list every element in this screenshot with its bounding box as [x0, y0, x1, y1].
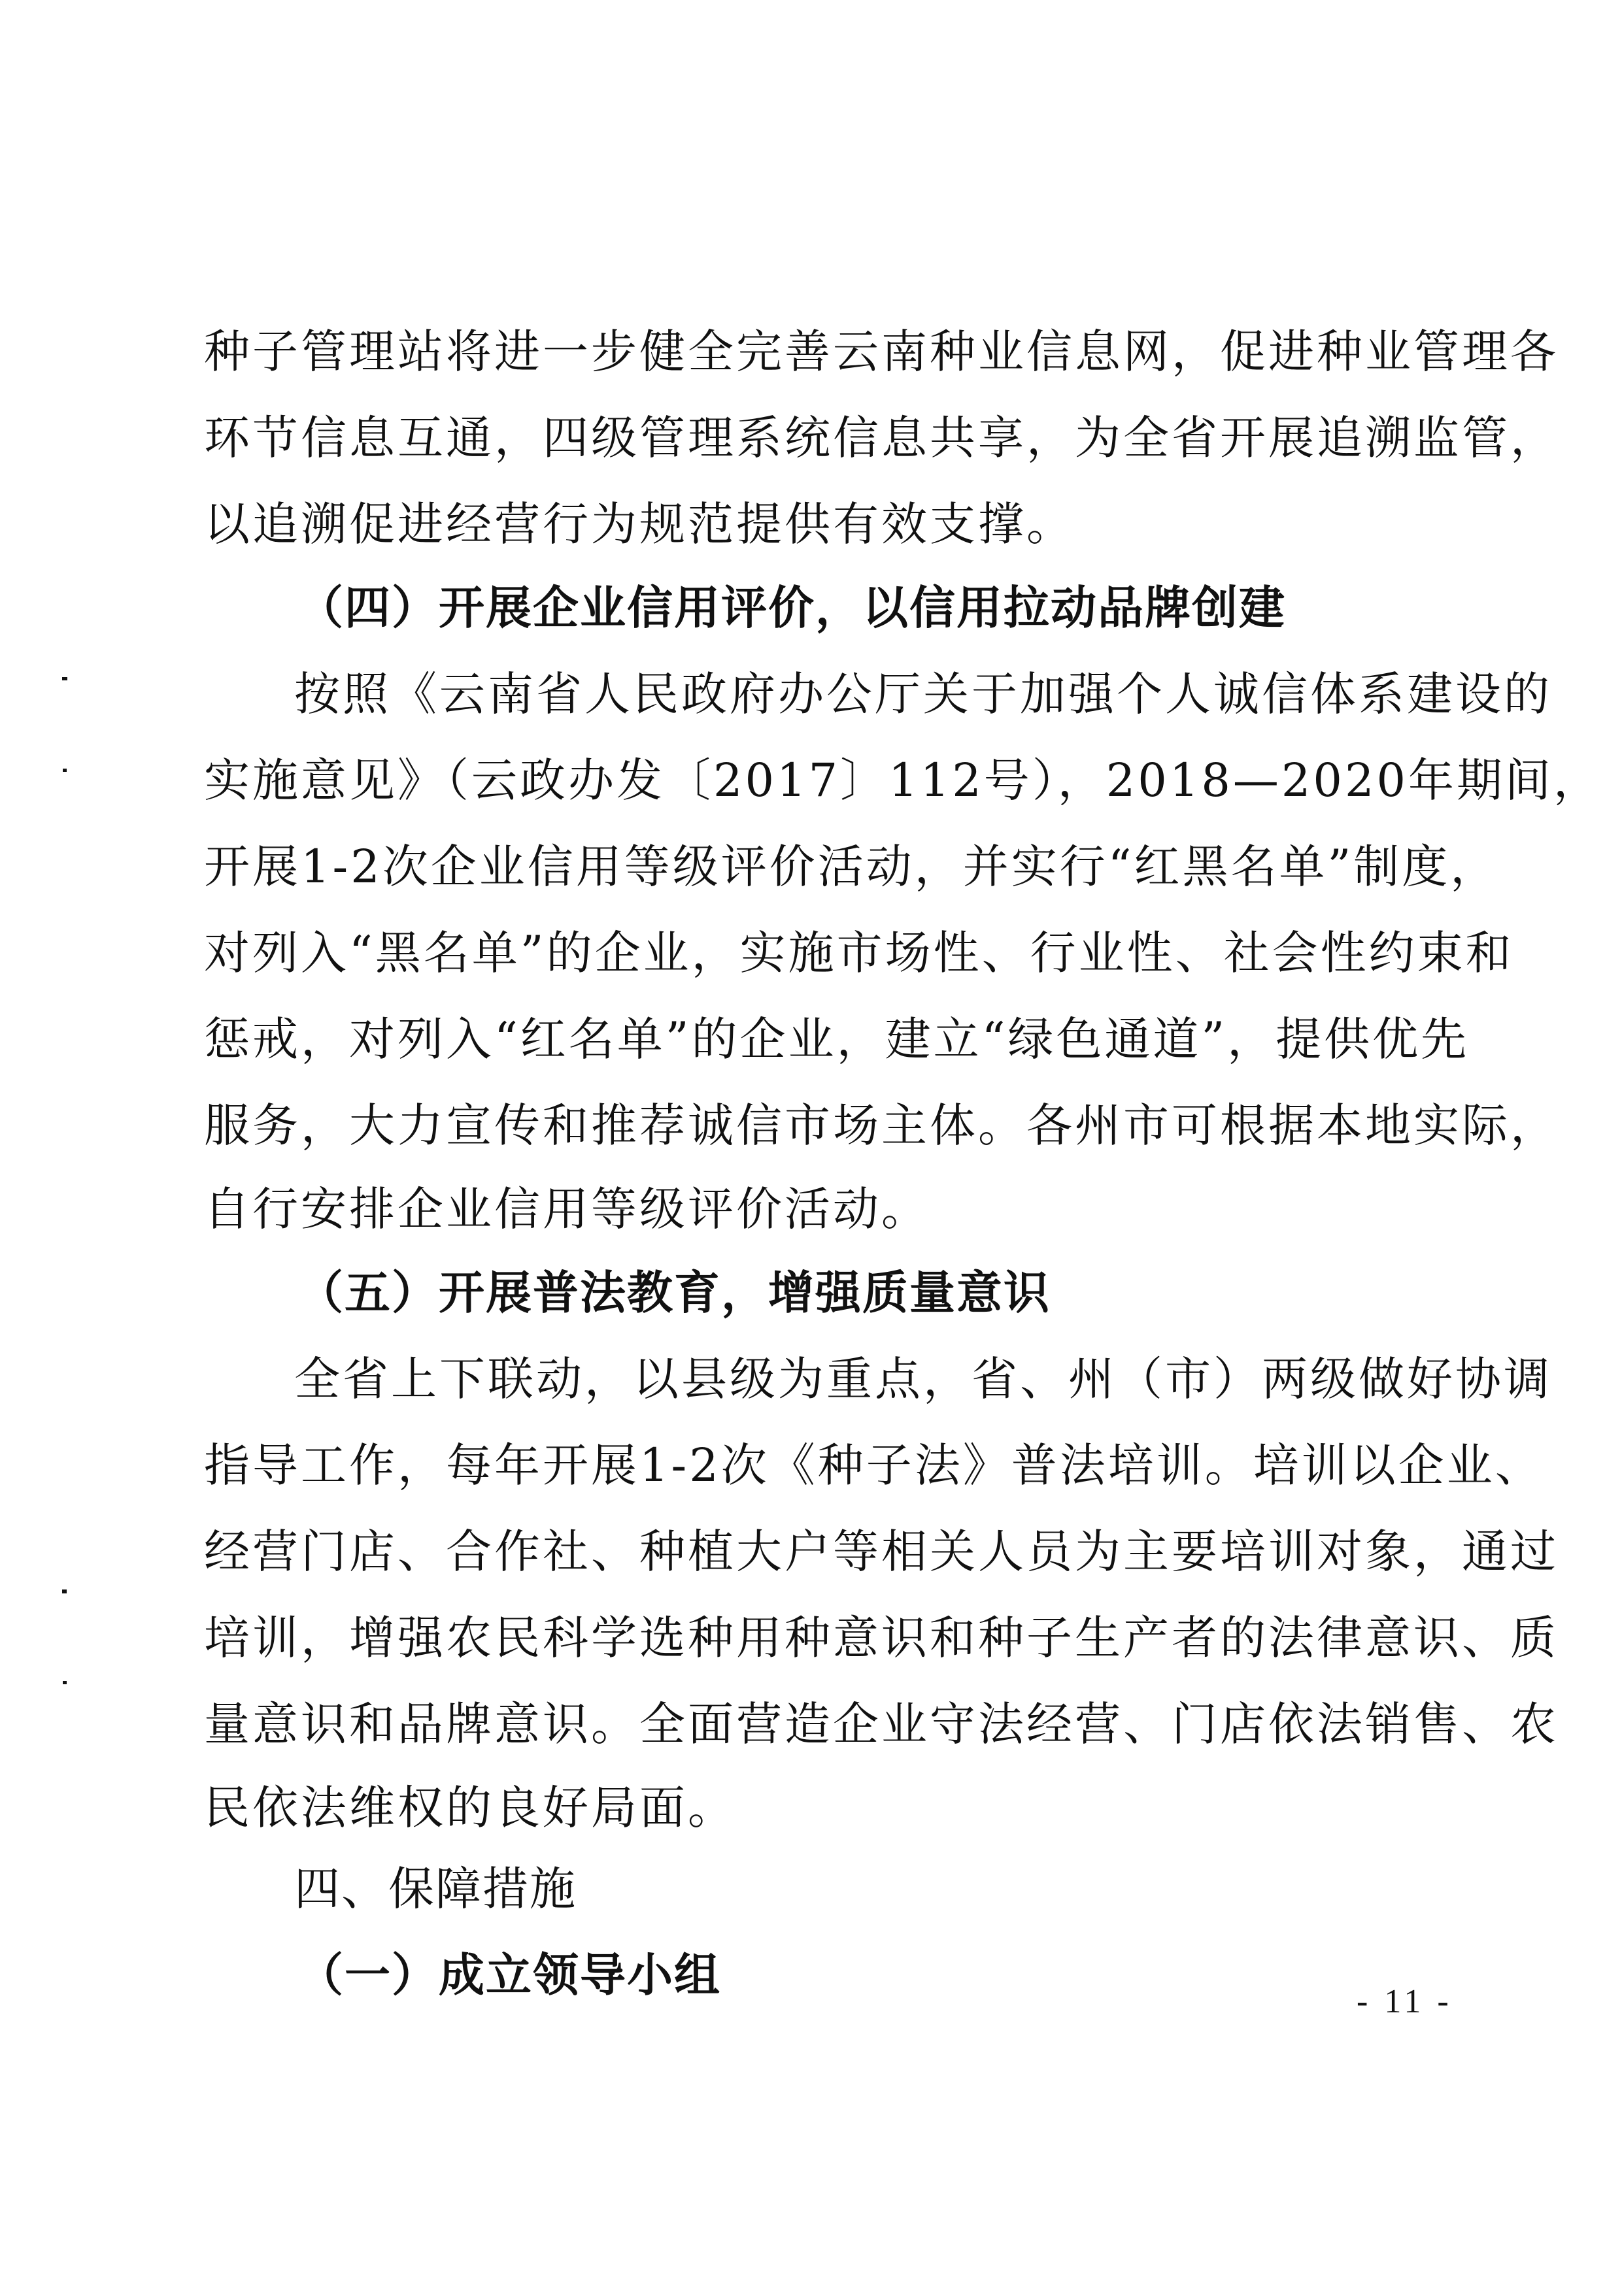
- paragraph-line: 服务，大力宣传和推荐诚信市场主体。各州市可根据本地实际，: [204, 1093, 1420, 1158]
- paragraph-line: 培训，增强农民科学选种用种意识和种子生产者的法律意识、质: [204, 1605, 1420, 1671]
- paragraph-line: 指导工作，每年开展1-2次《种子法》普法培训。培训以企业、: [204, 1433, 1420, 1498]
- subheading: （一）成立领导小组: [297, 1942, 1513, 2008]
- paragraph-line: 经营门店、合作社、种植大户等相关人员为主要培训对象，通过: [204, 1519, 1420, 1584]
- paragraph-line: 民依法维权的良好局面。: [204, 1775, 1420, 1840]
- paragraph-line: 开展1-2次企业信用等级评价活动，并实行“红黑名单”制度，: [204, 834, 1420, 899]
- paragraph-line: 量意识和品牌意识。全面营造企业守法经营、门店依法销售、农: [204, 1691, 1420, 1757]
- paragraph-line: 惩戒，对列入“红名单”的企业，建立“绿色通道”，提供优先: [204, 1007, 1420, 1072]
- scan-mark: [63, 1681, 67, 1684]
- paragraph-line: 以追溯促进经营行为规范提供有效支撑。: [204, 491, 1420, 557]
- paragraph-line: 种子管理站将进一步健全完善云南种业信息网，促进种业管理各: [204, 319, 1420, 384]
- section-heading-5: （五）开展普法教育，增强质量意识: [297, 1260, 1513, 1325]
- paragraph-line: 环节信息互通，四级管理系统信息共享，为全省开展追溯监管，: [204, 405, 1420, 471]
- paragraph-line: 自行安排企业信用等级评价活动。: [204, 1176, 1420, 1242]
- page-number: - 11 -: [1357, 1979, 1453, 2025]
- document-page: 种子管理站将进一步健全完善云南种业信息网，促进种业管理各 环节信息互通，四级管理…: [0, 0, 1622, 2296]
- paragraph-line: 实施意见》（云政办发〔2017〕112号），2018—2020年期间，: [204, 748, 1420, 813]
- scan-mark: [63, 769, 67, 772]
- paragraph-line: 按照《云南省人民政府办公厅关于加强个人诚信体系建设的: [294, 661, 1420, 727]
- paragraph-line: 对列入“黑名单”的企业，实施市场性、行业性、社会性约束和: [204, 920, 1420, 986]
- paragraph-line: 全省上下联动，以县级为重点，省、州（市）两级做好协调: [294, 1346, 1420, 1412]
- scan-mark: [62, 1589, 67, 1593]
- section-heading-4: （四）开展企业信用评价，以信用拉动品牌创建: [297, 575, 1513, 641]
- section-title: 四、保障措施: [294, 1856, 1510, 1922]
- scan-mark: [62, 677, 67, 680]
